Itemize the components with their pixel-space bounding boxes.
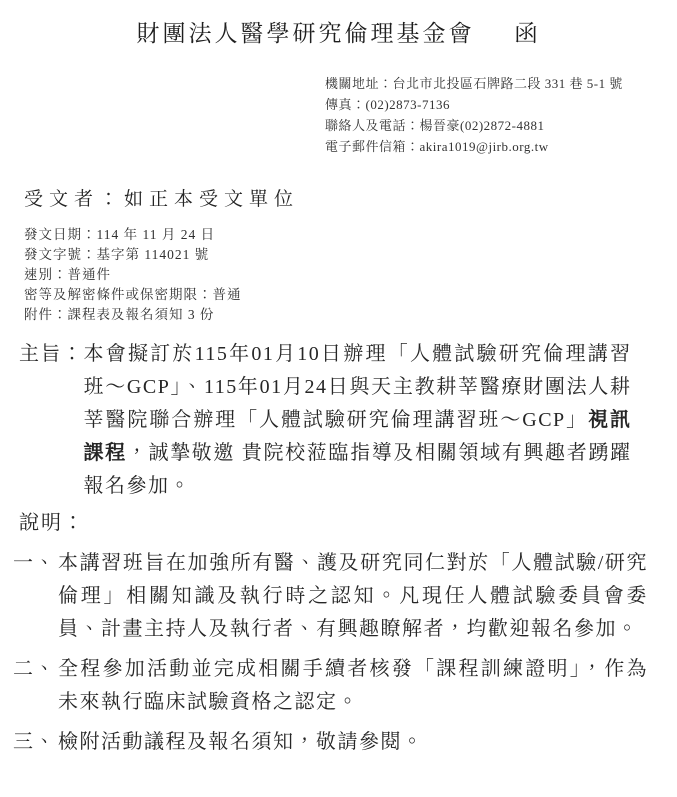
org-address-line: 機關地址：台北市北投區石牌路二段 331 巷 5-1 號 — [325, 73, 677, 94]
org-email-line: 電子郵件信箱：akira1019@jirb.org.tw — [325, 136, 677, 157]
item-text: 檢附活動議程及報名須知，敬請參閱。 — [58, 726, 648, 759]
recipient-line: 受文者：如正本受文單位 — [24, 184, 677, 211]
document-type-label: 函 — [515, 21, 541, 46]
explanation-items: 一、 本講習班旨在加強所有醫、護及研究同仁對於「人體試驗/研究倫理」相關知識及執… — [13, 547, 665, 759]
subject-label: 主旨： — [19, 338, 84, 371]
item-number: 一、 — [13, 547, 58, 580]
explanation-item-1: 一、 本講習班旨在加強所有醫、護及研究同仁對於「人體試驗/研究倫理」相關知識及執… — [13, 547, 665, 646]
official-letter-page: 財團法人醫學研究倫理基金會函 機關地址：台北市北投區石牌路二段 331 巷 5-… — [0, 0, 677, 797]
item-number: 三、 — [13, 726, 58, 759]
item-number: 二、 — [13, 653, 58, 686]
subject-section: 主旨： 本會擬訂於115年01月10日辦理「人體試驗研究倫理講習班～GCP」、1… — [19, 338, 667, 503]
reference-number-line: 發文字號：基字第 114021 號 — [24, 245, 677, 265]
org-fax-line: 傳真：(02)2873-7136 — [325, 94, 677, 115]
attachments-line: 附件：課程表及報名須知 3 份 — [24, 305, 677, 325]
subject-text-part2: ，誠摯敬邀 貴院校蒞臨指導及相關領域有興趣者踴躍報名參加。 — [84, 442, 632, 497]
subject-text-part1: 本會擬訂於115年01月10日辦理「人體試驗研究倫理講習班～GCP」、115年0… — [84, 343, 632, 431]
letterhead-contact-block: 機關地址：台北市北投區石牌路二段 331 巷 5-1 號 傳真：(02)2873… — [325, 73, 677, 157]
explanation-item-2: 二、 全程參加活動並完成相關手續者核發「課程訓練證明」，作為未來執行臨床試驗資格… — [13, 653, 665, 719]
explanation-label: 說明： — [19, 507, 677, 540]
priority-line: 速別：普通件 — [24, 265, 677, 285]
document-meta-block: 發文日期：114 年 11 月 24 日 發文字號：基字第 114021 號 速… — [24, 225, 677, 325]
document-title: 財團法人醫學研究倫理基金會函 — [0, 0, 677, 48]
issue-date-line: 發文日期：114 年 11 月 24 日 — [24, 225, 677, 245]
org-contact-phone-line: 聯絡人及電話：楊晉豪(02)2872-4881 — [325, 115, 677, 136]
classification-line: 密等及解密條件或保密期限：普通 — [24, 285, 677, 305]
explanation-item-3: 三、 檢附活動議程及報名須知，敬請參閱。 — [13, 726, 665, 759]
issuing-org-name: 財團法人醫學研究倫理基金會 — [137, 21, 475, 46]
subject-text: 本會擬訂於115年01月10日辦理「人體試驗研究倫理講習班～GCP」、115年0… — [84, 338, 632, 503]
item-text: 全程參加活動並完成相關手續者核發「課程訓練證明」，作為未來執行臨床試驗資格之認定… — [58, 653, 648, 719]
item-text: 本講習班旨在加強所有醫、護及研究同仁對於「人體試驗/研究倫理」相關知識及執行時之… — [58, 547, 648, 646]
